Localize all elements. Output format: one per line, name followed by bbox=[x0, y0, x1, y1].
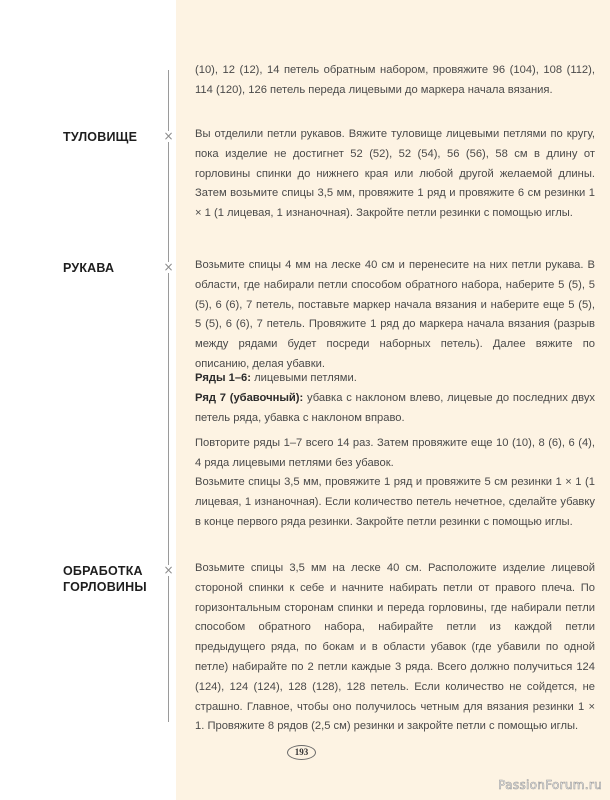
row-text: лицевыми петлями. bbox=[251, 372, 357, 384]
row-1-6-instruction: Ряды 1–6: лицевыми петлями. bbox=[195, 372, 357, 384]
row-label: Ряд 7 (убавочный): bbox=[195, 392, 303, 404]
sleeves-repeat-paragraph: Повторите ряды 1–7 всего 14 раз. Затем п… bbox=[195, 434, 595, 474]
row-label: Ряды 1–6: bbox=[195, 372, 251, 384]
section-heading-sleeves: РУКАВА bbox=[63, 260, 158, 276]
section-marker-x-icon: × bbox=[163, 565, 174, 576]
sleeves-section-paragraph: Возьмите спицы 4 мм на леске 40 см и пер… bbox=[195, 256, 595, 375]
section-heading-neckline: ОБРАБОТКА ГОРЛОВИНЫ bbox=[63, 563, 158, 595]
vertical-divider-rule bbox=[168, 70, 169, 722]
sleeves-ribbing-paragraph: Возьмите спицы 3,5 мм, провяжите 1 ряд и… bbox=[195, 473, 595, 532]
body-section-paragraph: Вы отделили петли рукавов. Вяжите тулови… bbox=[195, 125, 595, 224]
watermark: PassionForum.ru bbox=[498, 778, 602, 792]
intro-paragraph: (10), 12 (12), 14 петель обратным наборо… bbox=[195, 61, 595, 101]
neckline-section-paragraph: Возьмите спицы 3,5 мм на леске 40 см. Ра… bbox=[195, 559, 595, 737]
page-number: 193 bbox=[287, 745, 316, 760]
row-7-instruction: Ряд 7 (убавочный): убавка с наклоном вле… bbox=[195, 392, 595, 424]
section-heading-body: ТУЛОВИЩЕ bbox=[63, 129, 158, 145]
section-marker-x-icon: × bbox=[163, 262, 174, 273]
rows-instructions: Ряды 1–6: лицевыми петлями. Ряд 7 (убаво… bbox=[195, 369, 595, 428]
section-marker-x-icon: × bbox=[163, 131, 174, 142]
